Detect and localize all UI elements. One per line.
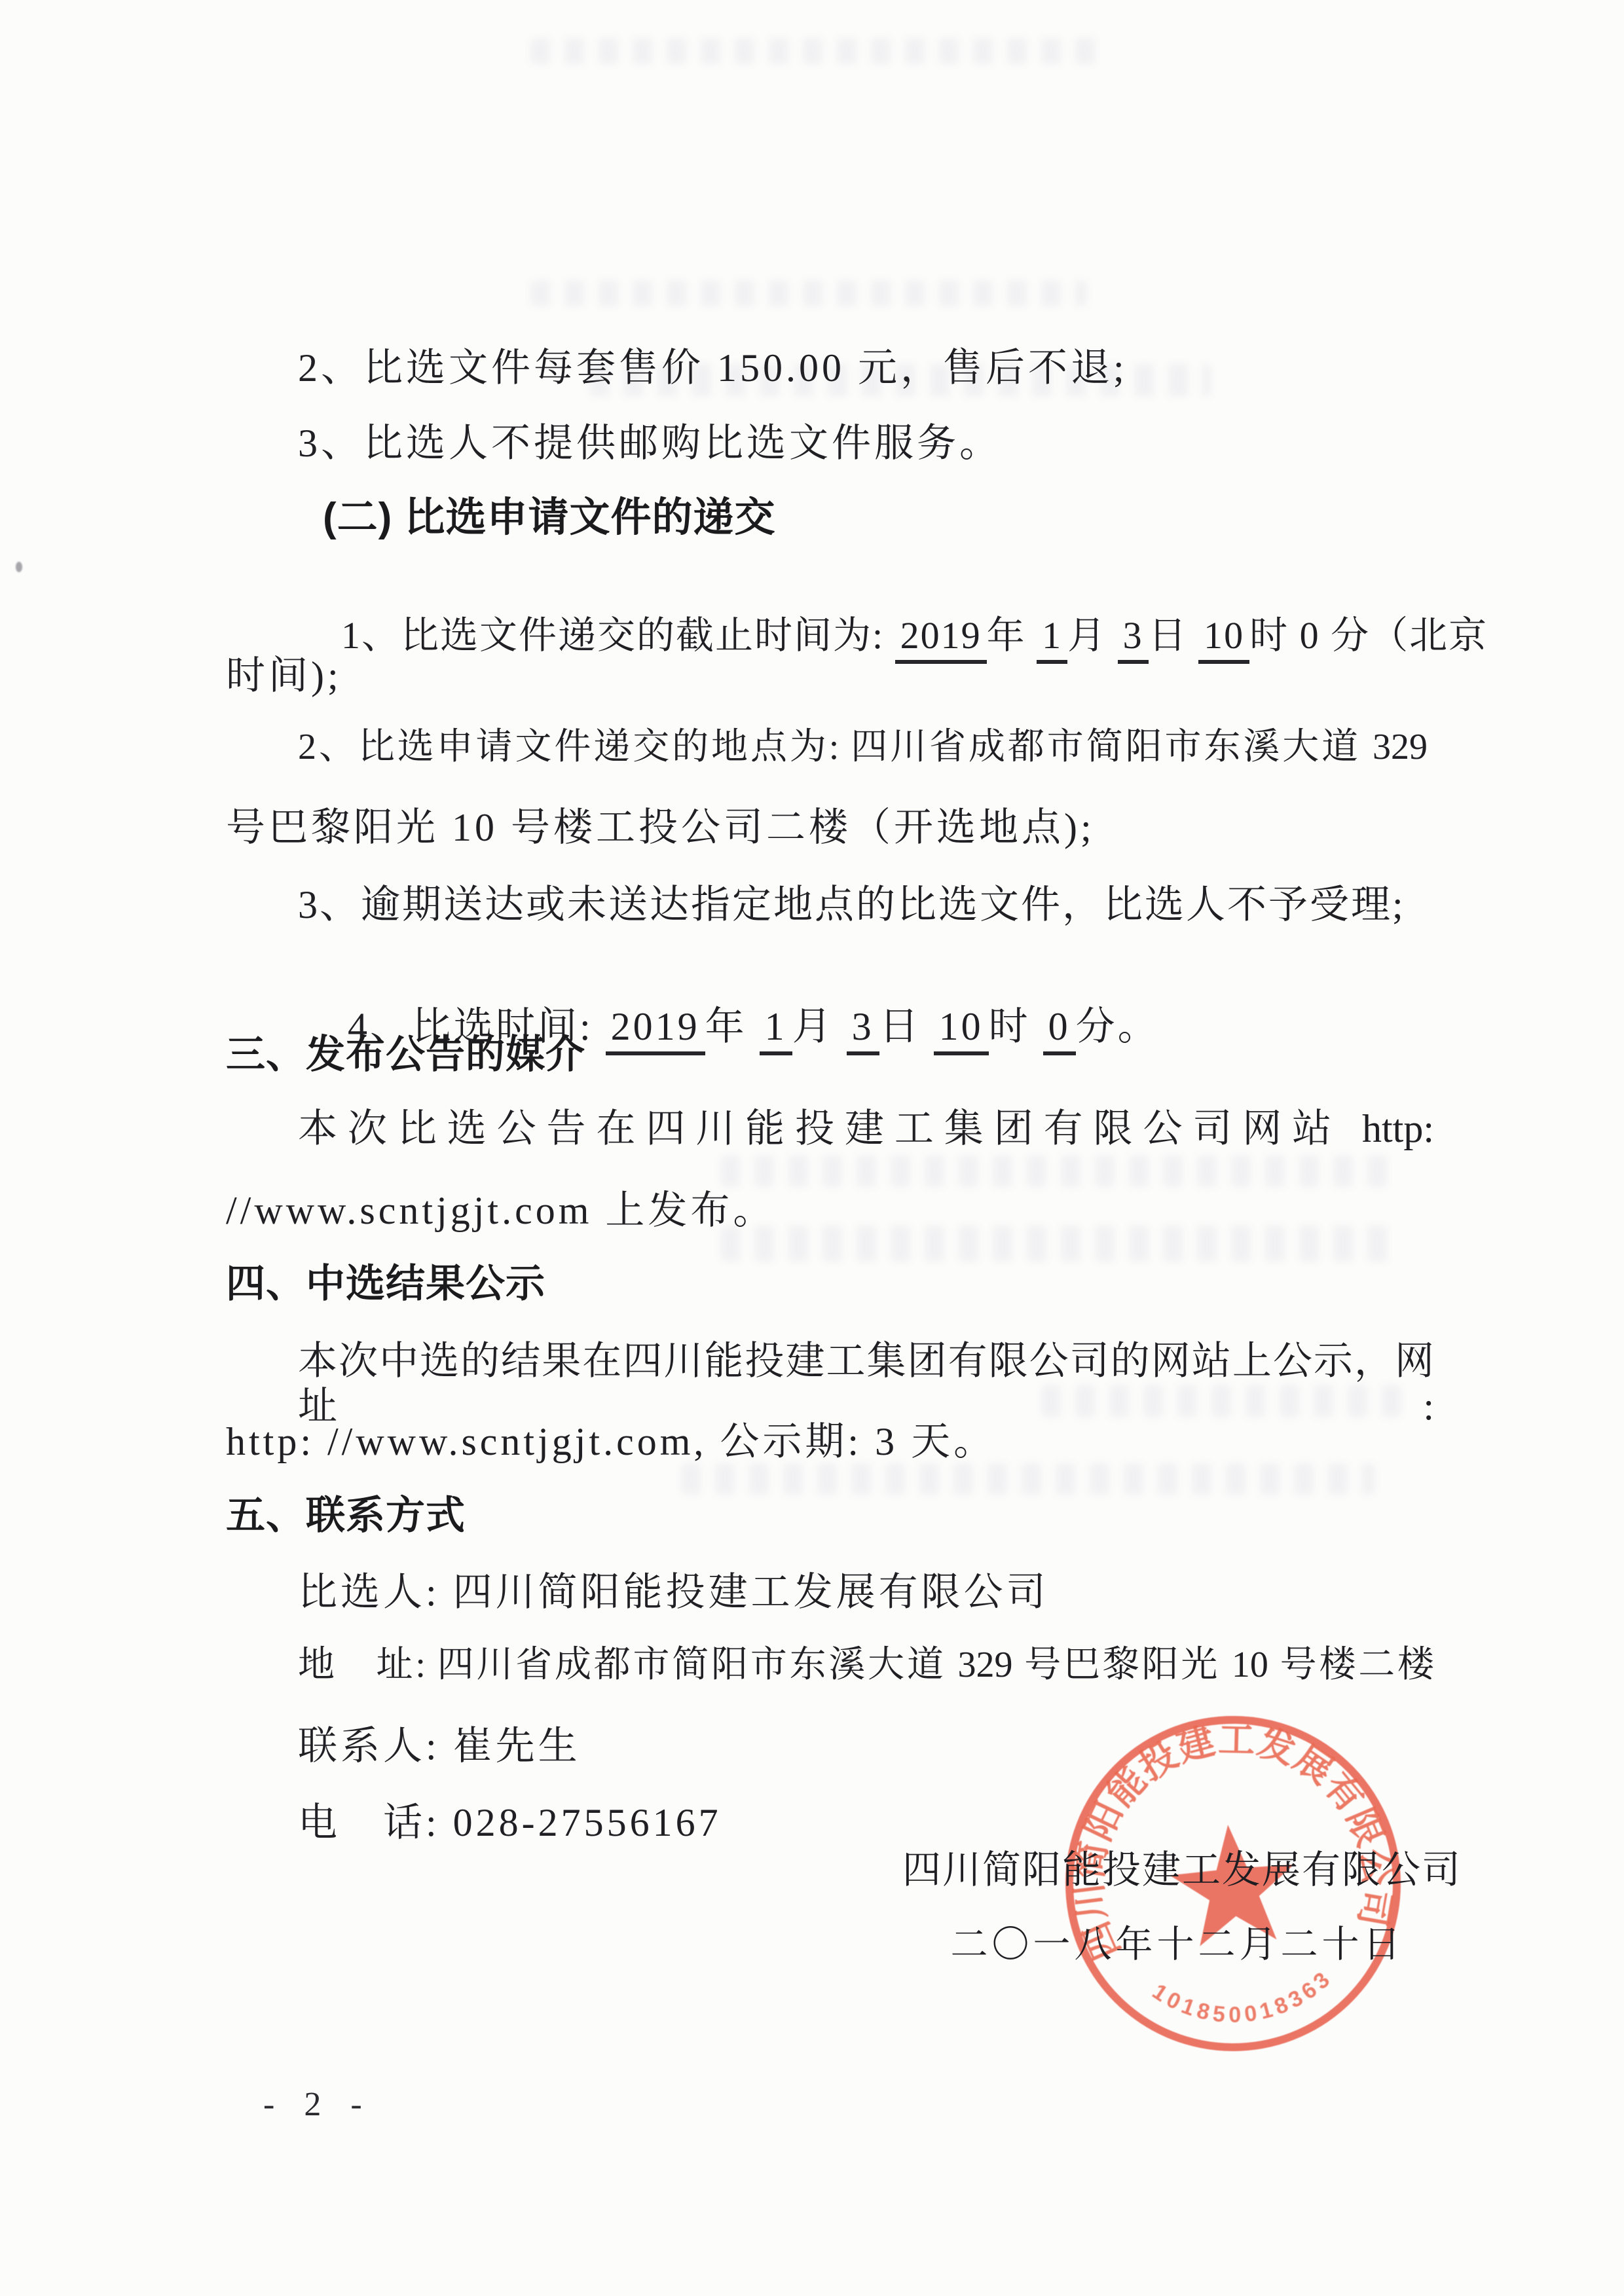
heading-contact: 五、联系方式 bbox=[226, 1493, 466, 1538]
bleed-artifact bbox=[530, 280, 1087, 306]
line-media-2: //www.scntjgjt.com 上发布。 bbox=[226, 1188, 775, 1233]
time-month-value: 1 bbox=[760, 1005, 792, 1055]
deadline-day-label: 日 bbox=[1149, 614, 1199, 657]
time-minute-label: 分。 bbox=[1076, 1005, 1160, 1048]
document-page: 2、比选文件每套售价 150.00 元，售后不退; 3、比选人不提供邮购比选文件… bbox=[0, 0, 1624, 2296]
heading-submission: (二) 比选申请文件的递交 bbox=[323, 494, 776, 541]
deadline-day-value: 3 bbox=[1118, 614, 1149, 664]
line-place-wrap: 号巴黎阳光 10 号楼工投公司二楼（开选地点); bbox=[226, 805, 1095, 850]
page-number: - 2 - bbox=[263, 2085, 373, 2124]
deadline-month-value: 1 bbox=[1037, 614, 1067, 664]
deadline-text: 1、比选文件递交的截止时间为: bbox=[341, 614, 895, 657]
line-item-price: 2、比选文件每套售价 150.00 元，售后不退; bbox=[298, 346, 1128, 391]
line-contact-person: 联系人: 崔先生 bbox=[298, 1724, 581, 1769]
bleed-artifact bbox=[681, 1463, 1375, 1495]
bleed-artifact bbox=[720, 1156, 1401, 1187]
line-result-1: 本次中选的结果在四川能投建工集团有限公司的网站上公示，网址: bbox=[298, 1339, 1434, 1429]
line-media-1: 本次比选公告在四川能投建工集团有限公司网站 http: bbox=[298, 1106, 1434, 1152]
time-hour-label: 时 bbox=[989, 1005, 1043, 1048]
bleed-artifact bbox=[720, 1226, 1401, 1262]
line-late-delivery: 3、逾期送达或未送达指定地点的比选文件，比选人不予受理; bbox=[298, 883, 1405, 928]
deadline-hour-value: 10 bbox=[1198, 614, 1249, 664]
time-year-value: 2019 bbox=[606, 1005, 705, 1055]
deadline-tail: 时 0 分（北京 bbox=[1249, 614, 1488, 657]
bleed-artifact bbox=[530, 38, 1107, 64]
line-contact-bidder: 比选人: 四川简阳能投建工发展有限公司 bbox=[298, 1570, 1049, 1615]
time-day-value: 3 bbox=[847, 1005, 879, 1055]
line-item-no-mail: 3、比选人不提供邮购比选文件服务。 bbox=[298, 421, 1002, 466]
time-month-label: 月 bbox=[792, 1005, 847, 1048]
line-deadline-wrap: 时间); bbox=[226, 653, 342, 699]
time-minute-value: 0 bbox=[1043, 1005, 1076, 1055]
signature-company: 四川简阳能投建工发展有限公司 bbox=[902, 1838, 1452, 1894]
line-result-2: http: //www.scntjgjt.com, 公示期: 3 天。 bbox=[226, 1419, 996, 1465]
signature-date: 二〇一八年十二月二十日 bbox=[902, 1914, 1452, 1968]
line-place: 2、比选申请文件递交的地点为: 四川省成都市简阳市东溪大道 329 bbox=[298, 726, 1428, 768]
time-year-label: 年 bbox=[705, 1005, 760, 1048]
deadline-month-label: 月 bbox=[1067, 614, 1118, 657]
time-hour-value: 10 bbox=[934, 1005, 989, 1055]
heading-media: 三、发布公告的媒介 bbox=[226, 1032, 585, 1077]
line-deadline: 1、比选文件递交的截止时间为: 2019年 1月 3日 10时 0 分（北京 bbox=[298, 570, 1488, 701]
deadline-year-label: 年 bbox=[987, 614, 1037, 657]
line-contact-phone: 电 话: 028-27556167 bbox=[298, 1800, 722, 1846]
line-contact-address: 地 址: 四川省成都市简阳市东溪大道 329 号巴黎阳光 10 号楼二楼 bbox=[298, 1644, 1434, 1686]
time-day-label: 日 bbox=[879, 1005, 934, 1048]
scan-speck bbox=[16, 562, 22, 572]
deadline-year-value: 2019 bbox=[895, 614, 987, 664]
heading-result: 四、中选结果公示 bbox=[226, 1261, 545, 1306]
